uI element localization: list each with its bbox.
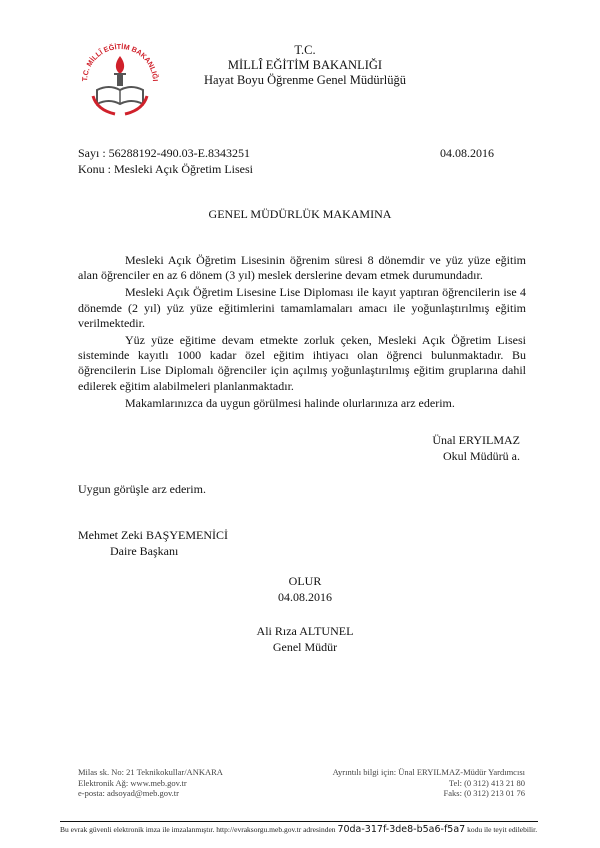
header-directorate: Hayat Boyu Öğrenme Genel Müdürlüğü — [150, 73, 460, 88]
header-ministry: MİLLÎ EĞİTİM BAKANLIĞI — [150, 58, 460, 73]
footer-divider — [60, 821, 538, 822]
footer-web: Elektronik Ağ: www.meb.gov.tr — [78, 778, 223, 789]
signer1-name: Ünal ERYILMAZ — [380, 432, 520, 448]
approval-date: 04.08.2016 — [150, 589, 460, 605]
endorsement-text: Uygun görüşle arz ederim. — [78, 481, 206, 497]
footer-address: Milas sk. No: 21 Teknikokullar/ANKARA — [78, 767, 223, 778]
signer2-title: Daire Başkanı — [110, 543, 178, 559]
approver-title: Genel Müdür — [150, 639, 460, 655]
document-date: 04.08.2016 — [440, 145, 494, 161]
header-tc: T.C. — [150, 43, 460, 58]
footer-contact: Ayrıntılı bilgi için: Ünal ERYILMAZ-Müdü… — [300, 767, 525, 778]
signer1-title: Okul Müdürü a. — [380, 448, 520, 464]
footer-fax: Faks: (0 312) 213 01 76 — [300, 788, 525, 799]
footer-address-block: Milas sk. No: 21 Teknikokullar/ANKARA El… — [78, 767, 223, 799]
verification-suffix: kodu ile teyit edilebilir. — [467, 825, 537, 834]
addressee: GENEL MÜDÜRLÜK MAKAMINA — [0, 207, 600, 222]
approver-name: Ali Rıza ALTUNEL — [150, 623, 460, 639]
signer2-name: Mehmet Zeki BAŞYEMENİCİ — [78, 527, 228, 543]
paragraph: Mesleki Açık Öğretim Lisesinin öğrenim s… — [78, 253, 526, 283]
approval-olur: OLUR — [150, 573, 460, 589]
paragraph: Mesleki Açık Öğretim Lisesine Lise Diplo… — [78, 285, 526, 331]
paragraph: Makamlarınızca da uygun görülmesi halind… — [78, 396, 526, 411]
letter-body: Mesleki Açık Öğretim Lisesinin öğrenim s… — [78, 253, 526, 413]
footer-contact-block: Ayrıntılı bilgi için: Ünal ERYILMAZ-Müdü… — [300, 767, 525, 799]
subject-line: Konu : Mesleki Açık Öğretim Lisesi — [78, 161, 253, 177]
paragraph: Yüz yüze eğitime devam etmekte zorluk çe… — [78, 333, 526, 394]
verification-note: Bu evrak güvenli elektronik imza ile imz… — [60, 824, 550, 835]
verification-prefix: Bu evrak güvenli elektronik imza ile imz… — [60, 825, 336, 834]
footer-email: e-posta: adsoyad@meb.gov.tr — [78, 788, 223, 799]
footer-tel: Tel: (0 312) 413 21 80 — [300, 778, 525, 789]
reference-number: Sayı : 56288192-490.03-E.8343251 — [78, 145, 250, 161]
verification-code: 70da-317f-3de8-b5a6-f5a7 — [337, 824, 465, 835]
